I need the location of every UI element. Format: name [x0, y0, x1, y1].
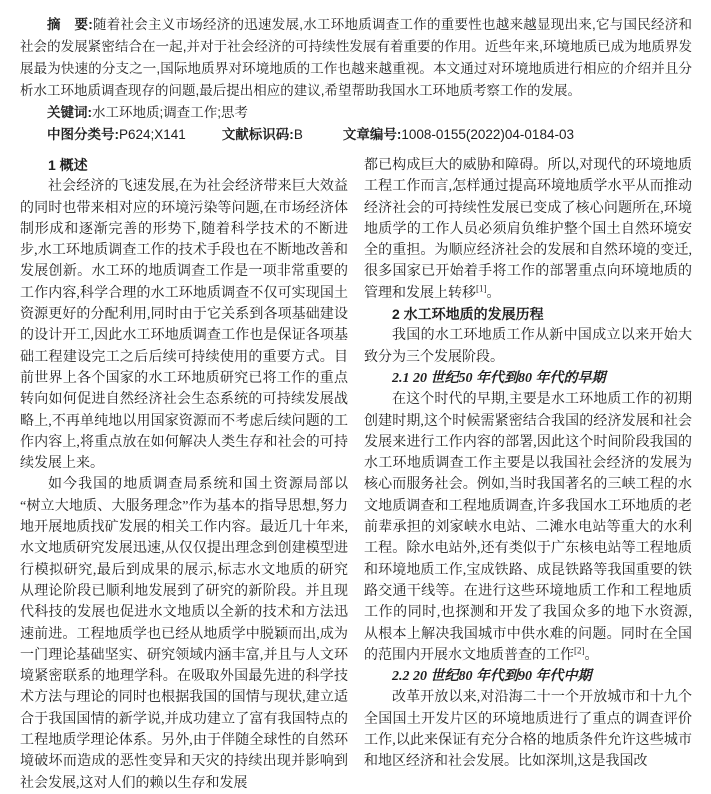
section-1-heading: 1 概述: [20, 155, 348, 176]
article-no-label: 文章编号:: [343, 127, 402, 142]
section-1-paragraph-1: 社会经济的飞速发展,在为社会经济带来巨大效益的同时也带来相对应的环境污染等问题,…: [20, 176, 348, 474]
citation-ref-2-tail: 。: [585, 648, 599, 663]
keywords-text: 水工环地质;调查工作;思考: [92, 105, 248, 120]
citation-ref-2: [2]: [574, 645, 585, 655]
section-1-paragraph-2-part-2: 都已构成巨大的威胁和障碍。所以,对现代的环境地质工程工作而言,怎样通过提高环境地…: [364, 155, 692, 304]
abstract-label: 摘 要:: [47, 17, 93, 32]
doc-code-value: B: [294, 127, 303, 142]
citation-ref-1: [1]: [476, 283, 487, 293]
section-2-intro-paragraph: 我国的水工环地质工作从新中国成立以来开始大致分为三个发展阶段。: [364, 325, 692, 368]
front-matter: 摘 要:随着社会主义市场经济的迅速发展,水工环地质调查工作的重要性也越来越显现出…: [20, 14, 692, 146]
article-no-value: 1008-0155(2022)04-0184-03: [401, 127, 574, 142]
clc-label: 中图分类号:: [47, 127, 119, 142]
paragraph-continuation-text: 都已构成巨大的威胁和障碍。所以,对现代的环境地质工程工作而言,怎样通过提高环境地…: [364, 158, 692, 301]
journal-page: 摘 要:随着社会主义市场经济的迅速发展,水工环地质调查工作的重要性也越来越显现出…: [0, 0, 711, 794]
section-2-heading: 2 水工环地质的发展历程: [364, 304, 692, 325]
subsection-2-2-heading: 2.2 20 世纪80 年代到90 年代中期: [364, 666, 692, 687]
subsection-2-1-text: 在这个时代的早期,主要是水工环地质工作的初期创建时期,这个时候需紧密结合我国的经…: [364, 392, 692, 663]
citation-ref-1-tail: 。: [487, 286, 501, 301]
left-column: 1 概述 社会经济的飞速发展,在为社会经济带来巨大效益的同时也带来相对应的环境污…: [20, 155, 348, 794]
abstract-paragraph: 摘 要:随着社会主义市场经济的迅速发展,水工环地质调查工作的重要性也越来越显现出…: [20, 14, 692, 102]
subsection-2-2-paragraph: 改革开放以来,对沿海二十一个开放城市和十九个全国国土开发片区的环境地质进行了重点…: [364, 687, 692, 772]
doc-code-label: 文献标识码:: [222, 127, 294, 142]
meta-paragraph: 中图分类号:P624;X141文献标识码:B文章编号:1008-0155(202…: [20, 124, 692, 146]
keywords-label: 关键词:: [47, 105, 92, 120]
section-1-paragraph-2-part-1: 如今我国的地质调查局系统和国土资源局部以“树立大地质、大服务理念”作为基本的指导…: [20, 474, 348, 793]
keywords-paragraph: 关键词:水工环地质;调查工作;思考: [20, 102, 692, 124]
subsection-2-1-heading: 2.1 20 世纪50 年代到80 年代的早期: [364, 368, 692, 389]
right-column: 都已构成巨大的威胁和障碍。所以,对现代的环境地质工程工作而言,怎样通过提高环境地…: [364, 155, 692, 794]
abstract-text: 随着社会主义市场经济的迅速发展,水工环地质调查工作的重要性也越来越显现出来,它与…: [20, 17, 692, 98]
clc-value: P624;X141: [119, 127, 186, 142]
subsection-2-1-paragraph: 在这个时代的早期,主要是水工环地质工作的初期创建时期,这个时候需紧密结合我国的经…: [364, 389, 692, 666]
body-columns: 1 概述 社会经济的飞速发展,在为社会经济带来巨大效益的同时也带来相对应的环境污…: [20, 155, 692, 794]
